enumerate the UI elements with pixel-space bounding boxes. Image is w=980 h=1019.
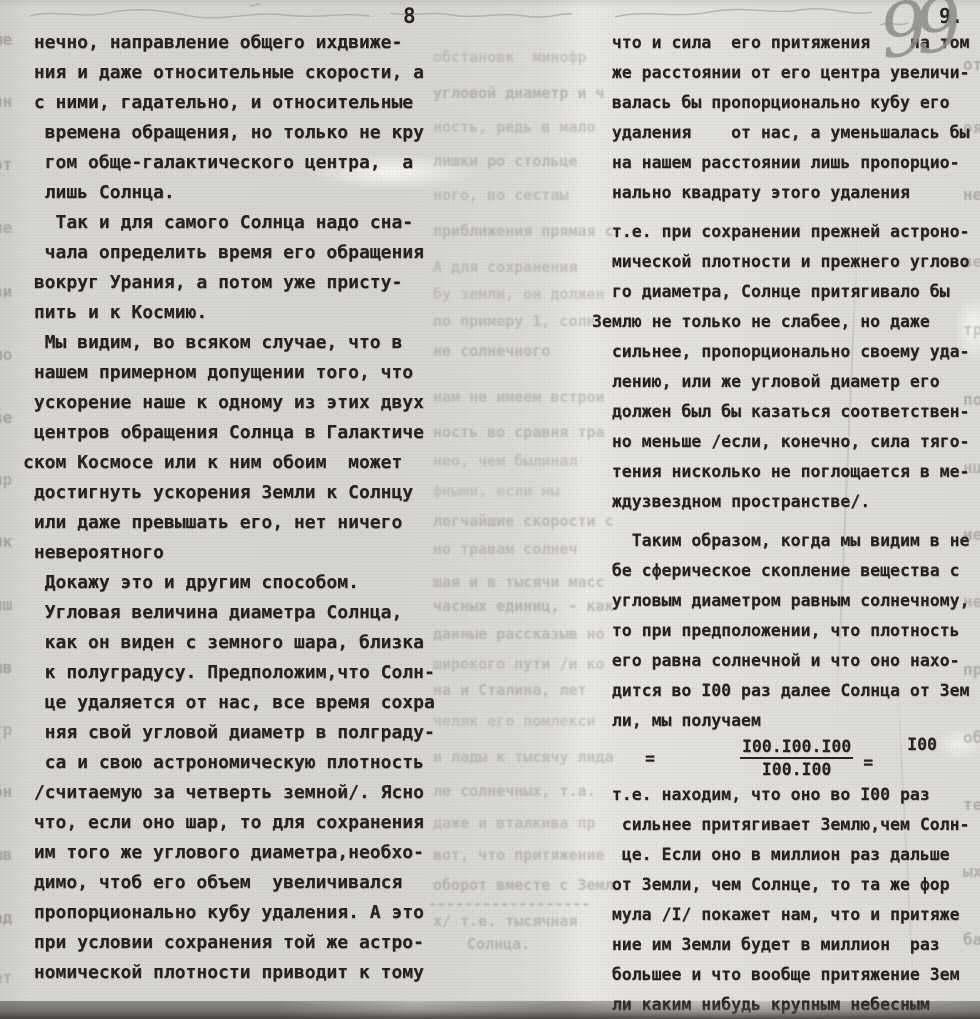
text-line: ние им Земли будет в миллион раз	[592, 930, 980, 960]
text-line: что, если оно шар, то для сохранения	[23, 808, 435, 838]
text-line: лишь Солнца.	[23, 178, 435, 208]
fraction-denominator: I00.I00	[740, 757, 853, 780]
ghost-text-fragment: ле солнечных, т.а.	[433, 782, 596, 800]
text-line: ли каким нибудь крупным небесным	[592, 990, 980, 1019]
text-line: Докажу это и другим способом.	[23, 568, 435, 598]
text-line: пить и к Космию.	[23, 298, 435, 328]
text-line: ускорение наше к одному из этих двух	[23, 388, 435, 418]
ghost-text-fragment: вот, что притяжение	[433, 846, 605, 864]
ghost-text-fragment: ик	[0, 532, 12, 551]
text-line: нашем примерном допущении того, что	[23, 358, 435, 388]
text-line: ли, мы получаем	[592, 706, 980, 736]
ghost-text-fragment: легчайшие скорости с	[433, 512, 614, 530]
ghost-text-fragment: приближения прямая с	[433, 222, 614, 240]
page-number-8: 8	[403, 4, 416, 28]
ghost-text-fragment: не	[0, 218, 12, 237]
page-9-text-column: что и сила его притяжения на том же расс…	[592, 28, 980, 1019]
text-line: то при предположении, что плотность	[592, 616, 980, 646]
ghost-text-fragment: нам не имеем встрои	[433, 388, 605, 406]
text-line: центров обращения Солнца в Галактиче	[23, 418, 435, 448]
text-line: /считаемую за четверть земной/. Ясно	[23, 778, 435, 808]
text-line: но меньше /если, конечно, сила тяго-	[592, 427, 980, 457]
paragraph: т.е. находим, что оно во I00 раз сильнее…	[592, 780, 980, 1019]
ghost-text-fragment: нн	[0, 92, 12, 111]
text-line: ском Космосе или к ним обоим может	[23, 448, 435, 478]
text-line: гом обще-галактического центра, а	[23, 148, 435, 178]
ghost-text-fragment: ве	[0, 408, 12, 427]
text-line: валась бы пропорционально кубу его	[592, 88, 980, 118]
ghost-text-fragment: по примеру 1, солн	[433, 312, 596, 330]
ghost-text-fragment: даже и вталкива пр	[433, 814, 596, 832]
text-line: невероятного	[23, 538, 435, 568]
ghost-text-fragment: широкого пути /и ко	[433, 655, 605, 673]
paragraph: т.е. при сохранении прежней астроно- мич…	[592, 217, 980, 517]
text-line: тения нисколько не поглощается в ме-	[592, 457, 980, 487]
ghost-text-fragment: данные рассказыв но	[433, 625, 605, 643]
text-line: сильнее притягивает Землю,чем Солн-	[592, 810, 980, 840]
text-line: чала определить время его обращения	[23, 238, 435, 268]
ghost-text-fragment: нео, чем былинал	[433, 452, 578, 470]
ghost-text-fragment: ность во сравня тра	[433, 423, 605, 441]
ghost-text-fragment: ного, во сестаы	[433, 186, 568, 204]
page-8-text-column: нечно, направление общего ихдвиже- ния и…	[23, 28, 435, 988]
text-line: ждузвездном пространстве/.	[592, 487, 980, 517]
text-line: дится во I00 раз далее Солнца от Зем	[592, 676, 980, 706]
text-line: времена обращения, но только не кру	[23, 118, 435, 148]
text-line: це. Если оно в миллион раз дальше	[592, 840, 980, 870]
ghost-text-fragment: челяк его помлекси	[433, 712, 596, 730]
fraction-numerator: I00.I00.I00	[740, 736, 853, 757]
text-line: угловым диаметром равным солнечному,	[592, 586, 980, 616]
text-line: с ними, гадательно, и относительные	[23, 88, 435, 118]
text-line: лению, или же угловой диаметр его	[592, 367, 980, 397]
text-line: т.е. при сохранении прежней астроно-	[592, 217, 980, 247]
text-line: к полуградусу. Предположим,что Солн-	[23, 658, 435, 688]
text-line: Землю не только не слабее, но даже	[592, 307, 980, 337]
text-line: достигнуть ускорения Земли к Солнцу	[23, 478, 435, 508]
text-line: Угловая величина диаметра Солнца,	[23, 598, 435, 628]
ghost-text-fragment: ------------------	[428, 895, 591, 913]
ghost-text-fragment: ад	[0, 908, 12, 927]
text-line: сильнее, пропорционально своему уда-	[592, 337, 980, 367]
text-line: как он виден с земного шара, близка	[23, 628, 435, 658]
ghost-text-fragment: от	[0, 155, 12, 174]
text-line: удаления от нас, а уменьшалась бы	[592, 118, 980, 148]
ghost-text-fragment: ность, редь в мало	[433, 118, 596, 136]
text-line: са и свою астрономическую плотность	[23, 748, 435, 778]
ghost-text-fragment: обстановк минофр	[433, 48, 587, 66]
ghost-text-fragment: А для сохранения	[433, 258, 578, 276]
ghost-text-fragment: на и Сталина, лет	[433, 681, 587, 699]
ghost-text-fragment: Солнца.	[467, 935, 530, 953]
text-line: Так и для самого Солнца надо сна-	[23, 208, 435, 238]
fraction: I00.I00.I00 I00.I00	[740, 736, 853, 780]
ghost-text-fragment: часных единиц, - как	[433, 597, 614, 615]
handwritten-pencil-mark: 99	[875, 0, 955, 76]
text-line: це удаляется от нас, все время сохра	[23, 688, 435, 718]
text-line: пропорционально кубу удаления. А это	[23, 898, 435, 928]
ghost-text-fragment: пр	[0, 470, 12, 489]
ghost-text-fragment: нш	[0, 595, 12, 614]
ghost-text-fragment: ет	[0, 968, 12, 987]
text-line: должен был бы казаться соответствен-	[592, 397, 980, 427]
text-line: номической плотности приводит к тому	[23, 958, 435, 988]
fraction-formula: = I00.I00.I00 I00.I00 = I00	[645, 736, 980, 780]
ghost-text-fragment: ви	[0, 282, 12, 301]
text-line: его равна солнечной и что оно нахо-	[592, 646, 980, 676]
pencil-squiggle-marks	[0, 0, 980, 30]
text-line: от Земли, чем Солнце, то та же фор	[592, 870, 980, 900]
text-line: нально квадрату этого удаления	[592, 178, 980, 208]
ghost-text-fragment: шв	[0, 658, 12, 677]
ghost-text-fragment: ыв	[0, 845, 12, 864]
text-line: при условии сохранения той же астро-	[23, 928, 435, 958]
text-line: Мы видим, во всяком случае, что в	[23, 328, 435, 358]
text-line: Таким образом, когда мы видим в не	[592, 526, 980, 556]
text-line: на нашем расстоянии лишь пропорцио-	[592, 148, 980, 178]
ghost-text-fragment: не солнечного	[433, 342, 550, 360]
ghost-text-fragment: х/ т.е. тысячная	[433, 912, 578, 930]
text-line: им того же углового диаметра,необхо-	[23, 838, 435, 868]
equals-sign: =	[645, 749, 655, 768]
text-line: бе сферическое скопление вещества с	[592, 556, 980, 586]
formula-result: I00	[907, 735, 937, 754]
ghost-text-fragment: угловой диаметр и ч	[433, 84, 605, 102]
scanned-typescript-document: обстановк минофругловой диаметр и чность…	[0, 0, 980, 1019]
paragraph: Таким образом, когда мы видим в не бе сф…	[592, 526, 980, 736]
text-line: мула /I/ покажет нам, что и притяже	[592, 900, 980, 930]
text-line: большее и что вообще притяжение Зем	[592, 960, 980, 990]
ghost-text-fragment: но травам солнеч	[433, 540, 578, 558]
text-line: нечно, направление общего ихдвиже-	[23, 28, 435, 58]
ghost-text-fragment: бу земли, он должен	[433, 285, 605, 303]
ghost-text-fragment: шая и в тысячи масс	[433, 573, 605, 591]
ghost-text-fragment: и лады к тысячу лида	[433, 748, 614, 766]
text-line: няя свой угловой диаметр в полграду-	[23, 718, 435, 748]
ghost-text-fragment: ые	[0, 30, 12, 49]
ghost-text-fragment: бн	[0, 782, 12, 801]
equals-sign: =	[863, 753, 873, 772]
ghost-text-fragment: тр	[0, 720, 12, 739]
ghost-text-fragment: фными, если мы	[433, 482, 559, 500]
ghost-text-fragment: оборот вместе с Земл	[433, 876, 614, 894]
text-line: т.е. находим, что оно во I00 раз	[592, 780, 980, 810]
text-line: го диаметра, Солнце притягивало бы	[592, 277, 980, 307]
ghost-text-fragment: ло	[0, 345, 12, 364]
text-line: вокруг Урания, а потом уже присту-	[23, 268, 435, 298]
text-line: или даже превышать его, нет ничего	[23, 508, 435, 538]
text-line: димо, чтоб его объем увеличивался	[23, 868, 435, 898]
text-line: ния и даже относительные скорости, а	[23, 58, 435, 88]
text-line: мической плотности и прежнего углово	[592, 247, 980, 277]
ghost-text-fragment: лишки ро стольце	[433, 152, 578, 170]
